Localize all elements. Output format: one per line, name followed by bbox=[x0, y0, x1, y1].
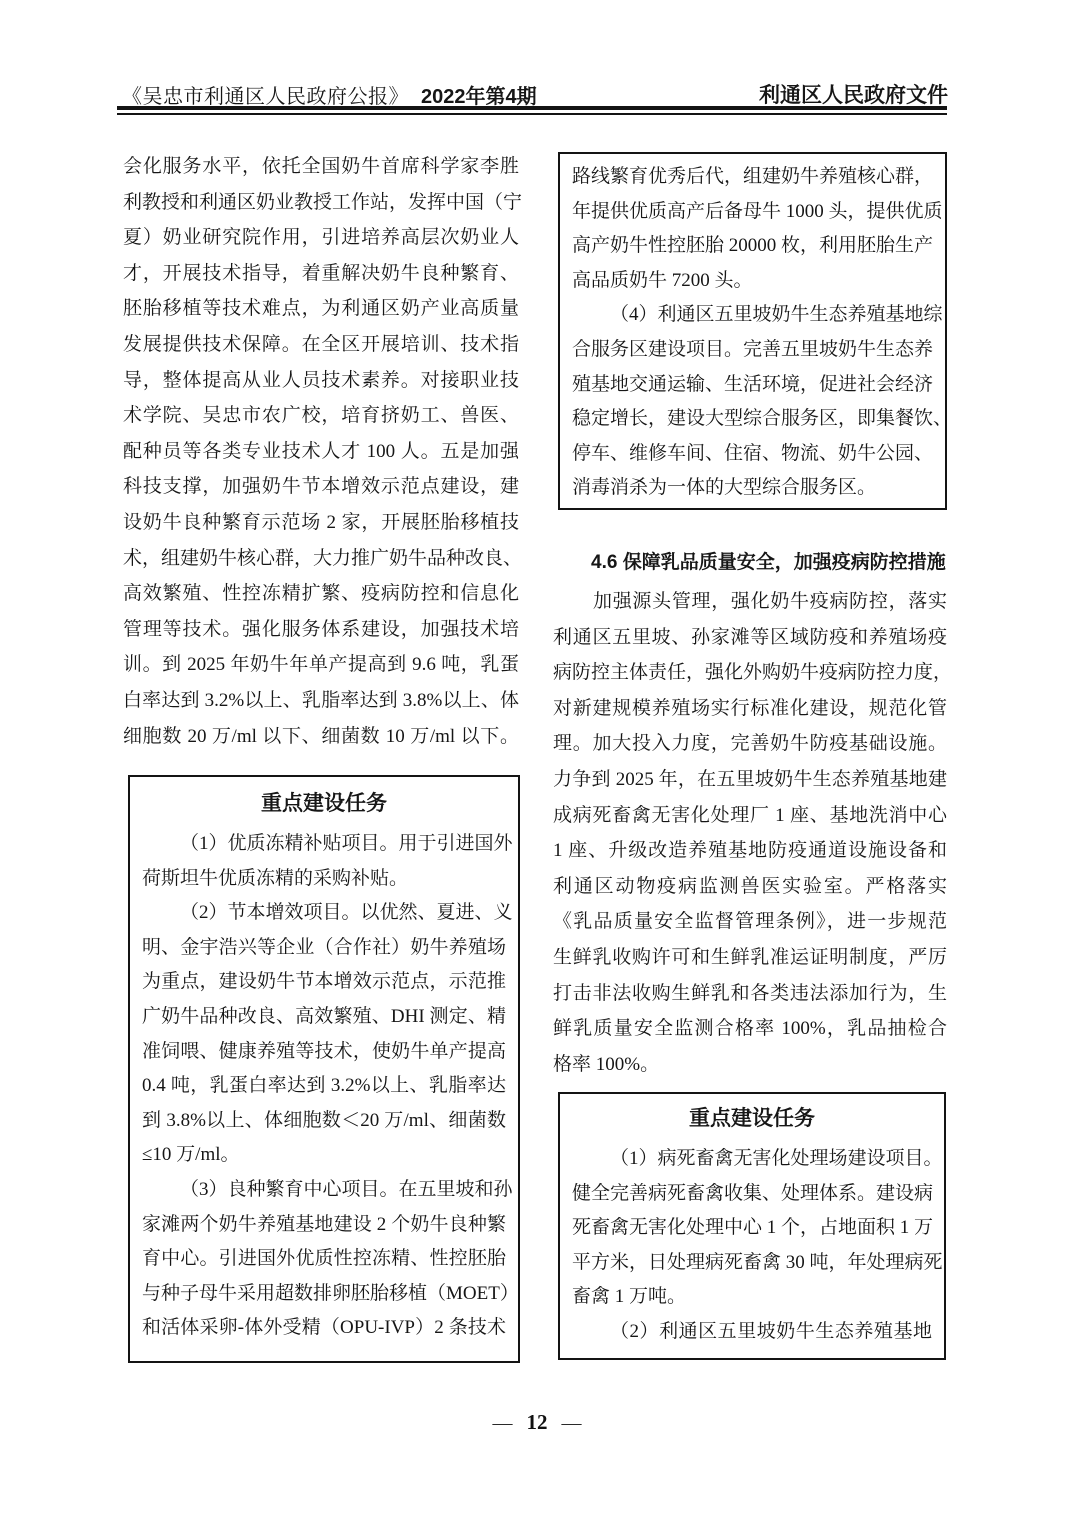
right-column-text: 加强源头管理，强化奶牛疫病防控，落实利通区五里坡、孙家滩等区域防疫和养殖场疫病防… bbox=[553, 584, 947, 1082]
left-column-text: 会化服务水平，依托全国奶牛首席科学家李胜利教授和利通区奶业教授工作站，发挥中国（… bbox=[123, 149, 519, 754]
text-line: 术学院、吴忠市农广校，培育挤奶工、兽医、 bbox=[123, 398, 519, 434]
text-line: 加强源头管理，强化奶牛疫病防控，落实 bbox=[553, 584, 947, 620]
header-rule-thick bbox=[117, 106, 947, 110]
text-line: 准饲喂、健康养殖等技术，使奶牛单产提高 bbox=[142, 1035, 506, 1070]
text-line: 生鲜乳收购许可和生鲜乳准运证明制度，严厉 bbox=[553, 940, 947, 976]
box-body: （1）优质冻精补贴项目。用于引进国外荷斯坦牛优质冻精的采购补贴。（2）节本增效项… bbox=[142, 827, 506, 1346]
text-line: 格率 100%。 bbox=[553, 1047, 947, 1083]
text-line: 育中心。引进国外优质性控冻精、性控胚胎 bbox=[142, 1242, 506, 1277]
text-line: （3）良种繁育中心项目。在五里坡和孙 bbox=[142, 1173, 506, 1208]
page-number: 12 bbox=[527, 1410, 548, 1434]
text-line: 1 座、升级改造养殖基地防疫通道设施设备和 bbox=[553, 833, 947, 869]
key-tasks-box-right-bottom: 重点建设任务 （1）病死畜禽无害化处理场建设项目。健全完善病死畜禽收集、处理体系… bbox=[558, 1092, 946, 1360]
text-line: 细胞数 20 万/ml 以下、细菌数 10 万/ml 以下。 bbox=[123, 719, 519, 755]
text-line: 《乳品质量安全监督管理条例》，进一步规范 bbox=[553, 904, 947, 940]
text-line: 发展提供技术保障。在全区开展培训、技术指 bbox=[123, 327, 519, 363]
text-line: 稳定增长，建设大型综合服务区，即集餐饮、 bbox=[572, 402, 933, 437]
text-line: （4）利通区五里坡奶牛生态养殖基地综 bbox=[572, 298, 933, 333]
text-line: 合服务区建设项目。完善五里坡奶牛生态养 bbox=[572, 333, 933, 368]
gazette-title: 《吴忠市利通区人民政府公报》 bbox=[122, 86, 409, 108]
key-tasks-box-left: 重点建设任务 （1）优质冻精补贴项目。用于引进国外荷斯坦牛优质冻精的采购补贴。（… bbox=[128, 775, 520, 1363]
box-title: 重点建设任务 bbox=[572, 1102, 932, 1136]
text-line: 广奶牛品种改良、高效繁殖、DHI 测定、精 bbox=[142, 1000, 506, 1035]
text-line: （2）利通区五里坡奶牛生态养殖基地 bbox=[572, 1315, 932, 1350]
text-line: 成病死畜禽无害化处理厂 1 座、基地洗消中心 bbox=[553, 798, 947, 834]
text-line: 荷斯坦牛优质冻精的采购补贴。 bbox=[142, 862, 506, 897]
page-footer: —12— bbox=[0, 1410, 1074, 1435]
text-line: 训。到 2025 年奶牛年单产提高到 9.6 吨，乳蛋 bbox=[123, 647, 519, 683]
text-line: 高品质奶牛 7200 头。 bbox=[572, 264, 933, 299]
box-title: 重点建设任务 bbox=[142, 787, 506, 821]
text-line: 鲜乳质量安全监测合格率 100%，乳品抽检合 bbox=[553, 1011, 947, 1047]
text-line: 平方米，日处理病死畜禽 30 吨，年处理病死 bbox=[572, 1246, 932, 1281]
text-line: 利通区动物疫病监测兽医实验室。严格落实 bbox=[553, 869, 947, 905]
header-rule-thin bbox=[117, 113, 947, 115]
text-line: 利通区五里坡、孙家滩等区域防疫和养殖场疫 bbox=[553, 620, 947, 656]
text-line: 0.4 吨，乳蛋白率达到 3.2%以上、乳脂率达 bbox=[142, 1069, 506, 1104]
text-line: （2）节本增效项目。以优然、夏进、义 bbox=[142, 896, 506, 931]
text-line: 到 3.8%以上、体细胞数＜20 万/ml、细菌数 bbox=[142, 1104, 506, 1139]
document-type-label: 利通区人民政府文件 bbox=[759, 79, 948, 109]
text-line: （1）优质冻精补贴项目。用于引进国外 bbox=[142, 827, 506, 862]
box-body: 路线繁育优秀后代，组建奶牛养殖核心群，年提供优质高产后备母牛 1000 头，提供… bbox=[572, 160, 933, 506]
footer-dash-right: — bbox=[562, 1412, 582, 1434]
gazette-issue: 2022年第4期 bbox=[421, 86, 537, 108]
text-line: 才，开展技术指导，着重解决奶牛良种繁育、 bbox=[123, 256, 519, 292]
text-line: 为重点，建设奶牛节本增效示范点，示范推 bbox=[142, 965, 506, 1000]
text-line: 管理等技术。强化服务体系建设，加强技术培 bbox=[123, 612, 519, 648]
text-line: 理。加大投入力度，完善奶牛防疫基础设施。 bbox=[553, 726, 947, 762]
text-line: 打击非法收购生鲜乳和各类违法添加行为，生 bbox=[553, 976, 947, 1012]
section-heading-4-6: 4.6 保障乳品质量安全，加强疫病防控措施 bbox=[553, 548, 953, 578]
text-line: 病防控主体责任，强化外购奶牛疫病防控力度， bbox=[553, 655, 947, 691]
text-line: 停车、维修车间、住宿、物流、奶牛公园、 bbox=[572, 437, 933, 472]
text-line: 胚胎移植等技术难点，为利通区奶产业高质量 bbox=[123, 291, 519, 327]
text-line: ≤10 万/ml。 bbox=[142, 1138, 506, 1173]
text-line: 力争到 2025 年，在五里坡奶牛生态养殖基地建 bbox=[553, 762, 947, 798]
text-line: 导，整体提高从业人员技术素养。对接职业技 bbox=[123, 363, 519, 399]
text-line: 明、金宇浩兴等企业（合作社）奶牛养殖场 bbox=[142, 931, 506, 966]
text-line: 死畜禽无害化处理中心 1 个，占地面积 1 万 bbox=[572, 1211, 932, 1246]
text-line: 高产奶牛性控胚胎 20000 枚，利用胚胎生产 bbox=[572, 229, 933, 264]
gazette-page: 《吴忠市利通区人民政府公报》2022年第4期 利通区人民政府文件 会化服务水平，… bbox=[0, 0, 1074, 1520]
text-line: 配种员等各类专业技术人才 100 人。五是加强 bbox=[123, 434, 519, 470]
key-tasks-box-right-top: 路线繁育优秀后代，组建奶牛养殖核心群，年提供优质高产后备母牛 1000 头，提供… bbox=[558, 152, 947, 510]
text-line: 消毒消杀为一体的大型综合服务区。 bbox=[572, 471, 933, 506]
text-line: 设奶牛良种繁育示范场 2 家，开展胚胎移植技 bbox=[123, 505, 519, 541]
text-line: 利教授和利通区奶业教授工作站，发挥中国（宁 bbox=[123, 185, 519, 221]
text-line: 与种子母牛采用超数排卵胚胎移植（MOET） bbox=[142, 1277, 506, 1312]
text-line: 路线繁育优秀后代，组建奶牛养殖核心群， bbox=[572, 160, 933, 195]
text-line: 健全完善病死畜禽收集、处理体系。建设病 bbox=[572, 1177, 932, 1212]
text-line: （1）病死畜禽无害化处理场建设项目。 bbox=[572, 1142, 932, 1177]
text-line: 高效繁殖、性控冻精扩繁、疫病防控和信息化 bbox=[123, 576, 519, 612]
text-line: 对新建规模养殖场实行标准化建设，规范化管 bbox=[553, 691, 947, 727]
text-line: 年提供优质高产后备母牛 1000 头，提供优质 bbox=[572, 195, 933, 230]
text-line: 畜禽 1 万吨。 bbox=[572, 1280, 932, 1315]
text-line: 夏）奶业研究院作用，引进培养高层次奶业人 bbox=[123, 220, 519, 256]
text-line: 术，组建奶牛核心群，大力推广奶牛品种改良、 bbox=[123, 541, 519, 577]
header-left: 《吴忠市利通区人民政府公报》2022年第4期 bbox=[122, 80, 537, 109]
text-line: 和活体采卵-体外受精（OPU-IVP）2 条技术 bbox=[142, 1311, 506, 1346]
text-line: 家滩两个奶牛养殖基地建设 2 个奶牛良种繁 bbox=[142, 1208, 506, 1243]
text-line: 科技支撑，加强奶牛节本增效示范点建设，建 bbox=[123, 469, 519, 505]
text-line: 殖基地交通运输、生活环境，促进社会经济 bbox=[572, 368, 933, 403]
text-line: 白率达到 3.2%以上、乳脂率达到 3.8%以上、体 bbox=[123, 683, 519, 719]
text-line: 会化服务水平，依托全国奶牛首席科学家李胜 bbox=[123, 149, 519, 185]
footer-dash-left: — bbox=[493, 1412, 513, 1434]
box-body: （1）病死畜禽无害化处理场建设项目。健全完善病死畜禽收集、处理体系。建设病死畜禽… bbox=[572, 1142, 932, 1350]
